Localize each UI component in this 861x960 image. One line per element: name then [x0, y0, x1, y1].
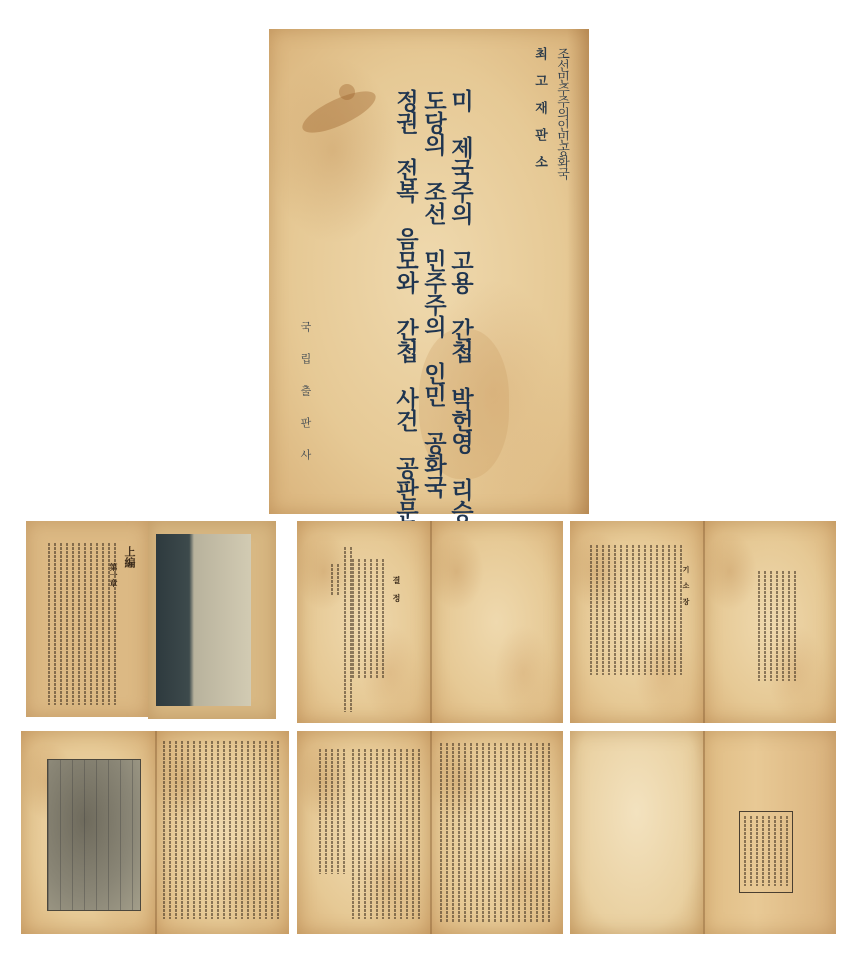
- page-heading: 기 소 장: [681, 566, 691, 605]
- spread-photo-6: [570, 731, 836, 934]
- gutter: [703, 731, 705, 934]
- left-page: [21, 731, 155, 934]
- right-page: [703, 521, 836, 723]
- gutter: [155, 731, 157, 934]
- body-text: [344, 547, 354, 712]
- chapter-heading: 第一章: [109, 563, 120, 587]
- body-text: [440, 743, 552, 923]
- left-page: 기 소 장: [570, 521, 703, 723]
- gutter: [430, 521, 432, 723]
- body-text: [352, 559, 386, 679]
- handwritten-facsimile: [47, 759, 141, 911]
- spread-photo-4: [21, 731, 289, 934]
- court-name: 최고재판소: [530, 47, 549, 182]
- signature-block: [319, 749, 349, 874]
- colophon-text: [744, 816, 788, 886]
- cover-title-line-3: 정권 전복 음모와 간첩 사건 공판문헌: [389, 89, 422, 544]
- body-text: [163, 741, 281, 919]
- left-page: 결 정: [297, 521, 430, 723]
- right-page: [155, 731, 289, 934]
- right-page: [148, 521, 276, 719]
- republic-name: 조선민주주의인민공화국: [552, 47, 571, 179]
- body-text: [352, 749, 422, 919]
- gutter: [430, 731, 432, 934]
- stain: [339, 84, 355, 100]
- spread-photo-1: 上編 第一章: [21, 519, 289, 721]
- body-text: [48, 543, 118, 705]
- spread-photo-3: 기 소 장: [570, 521, 836, 723]
- book-cover: 조선민주주의인민공화국 최고재판소 미 제국주의 고용 간첩 박헌영 리승엽 도…: [269, 29, 589, 514]
- left-page: [570, 731, 703, 934]
- right-page-blank: [430, 521, 563, 723]
- body-text: [590, 545, 682, 675]
- gutter: [703, 521, 705, 723]
- page-heading: 결 정: [392, 576, 403, 602]
- signature-block: [331, 564, 341, 596]
- right-page: [430, 731, 563, 934]
- publisher-name: 국립출판사: [297, 321, 313, 481]
- colophon-box: [739, 811, 793, 893]
- order-text: [758, 571, 798, 681]
- section-heading: 上編: [121, 546, 137, 568]
- left-page: 上編 第一章: [26, 521, 148, 717]
- back-cover: [703, 731, 836, 934]
- spread-photo-5: [297, 731, 563, 934]
- left-page: [297, 731, 430, 934]
- group-photograph: [156, 534, 251, 706]
- spread-photo-2: 결 정: [297, 521, 563, 723]
